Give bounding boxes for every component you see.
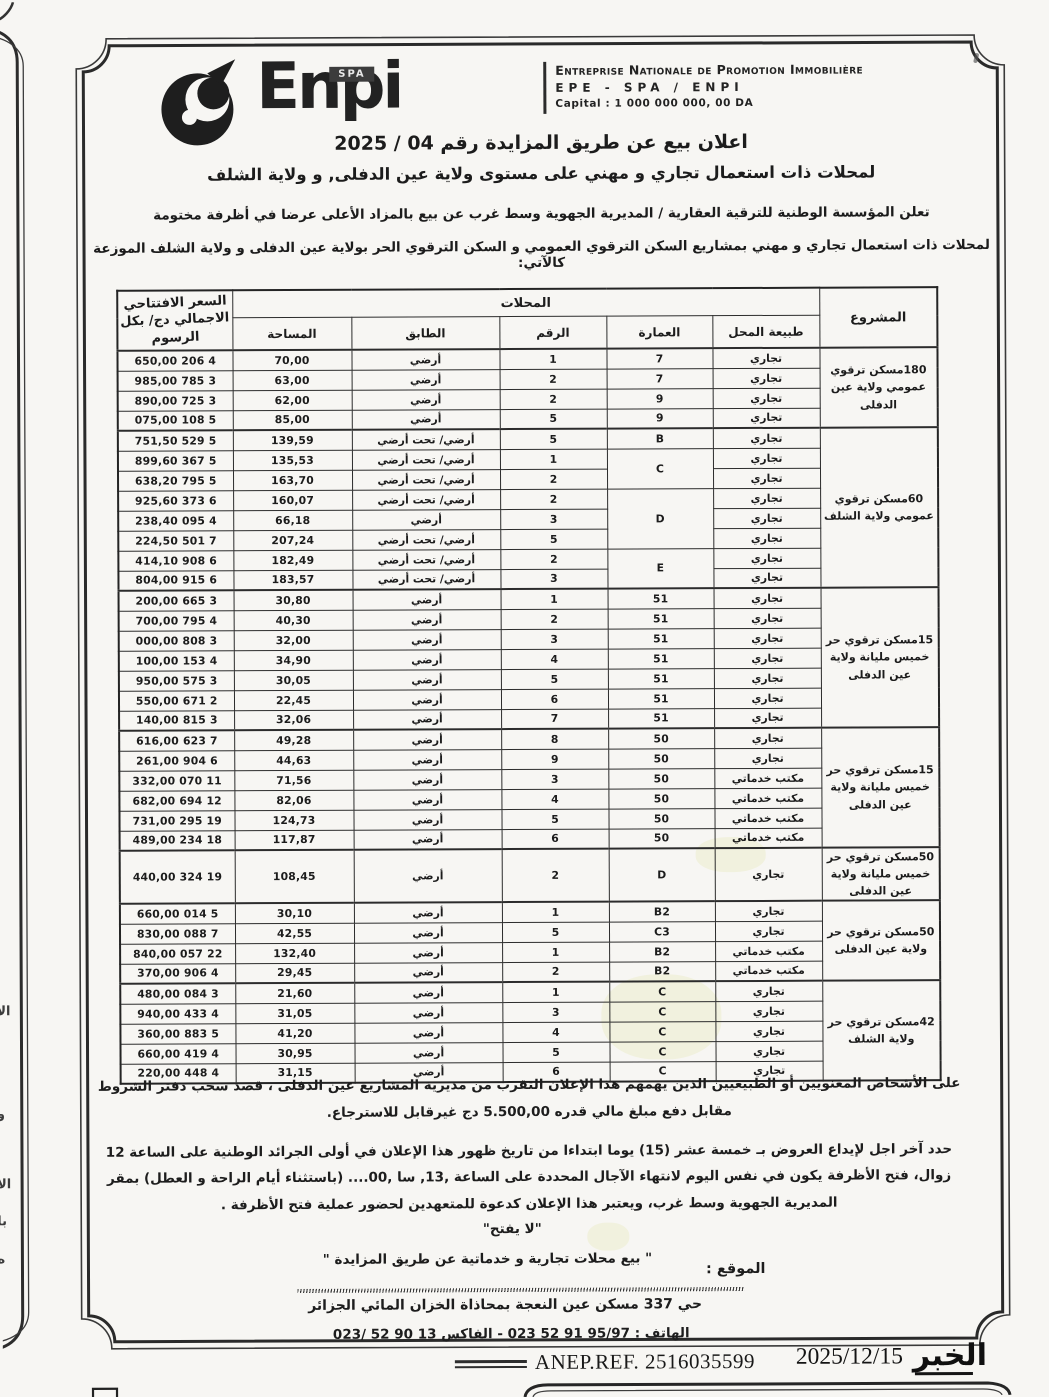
cell-price: 7 501 224,50: [118, 530, 233, 551]
cell-area: 31,05: [235, 1003, 354, 1024]
cell-number: 6: [501, 689, 608, 709]
edge-text-fragment: و: [0, 1107, 13, 1122]
cell-area: 41,20: [235, 1023, 354, 1044]
phone-fax-line: الهاتف : 023 52 91 95/97 - الفاكس 023/ 5…: [279, 1325, 744, 1343]
do-not-open-note: "لا يفتح": [82, 1219, 942, 1239]
cell-project: 50مسكن ترقوي حر خميس مليانة ولاية عين ال…: [822, 847, 940, 901]
cell-area: 117,87: [235, 830, 354, 851]
cell-building: C: [610, 1041, 716, 1061]
cell-building: B: [607, 428, 713, 448]
scanned-advert-page: Enpi SPA Entreprise Nationale de Promoti…: [0, 0, 1049, 1397]
cell-price: 19 324 440,00: [120, 850, 235, 904]
logo-spa-badge: SPA: [329, 67, 374, 82]
company-name: Entreprise Nationale de Promotion Immobi…: [555, 61, 863, 77]
cell-price: 4 095 238,40: [118, 510, 233, 531]
fax-label: - الفاكس: [441, 1326, 503, 1342]
cell-floor: أرضي/ تحت أرضي: [352, 429, 500, 450]
cell-area: 30,95: [235, 1043, 354, 1064]
col-header-nature: طبيعة المحل: [712, 315, 819, 348]
cell-area: 163,70: [233, 470, 352, 491]
cell-number: 2: [500, 549, 607, 569]
cell-building: C: [609, 1001, 715, 1021]
cell-nature: تجاري: [714, 628, 821, 648]
cell-number: 5: [501, 669, 608, 689]
cell-nature: تجاري: [714, 648, 821, 668]
intro-paragraph-2: لمحلات ذات استعمال تجاري و مهني بمشاريع …: [78, 237, 1005, 273]
cell-floor: أرضي: [354, 829, 502, 850]
cell-nature: تجاري: [713, 568, 820, 588]
bottom-rule: [455, 1360, 527, 1363]
cell-floor: أرضي: [353, 669, 501, 690]
col-header-floor: الطابق: [351, 317, 499, 350]
cell-project: 15مسكن ترقوي حر خميس مليانة ولاية عين ال…: [821, 587, 940, 728]
cell-building: C3: [609, 921, 715, 941]
cell-building: E: [607, 548, 713, 588]
cell-number: 2: [502, 962, 609, 982]
edge-text-fragment: الا: [0, 1177, 13, 1192]
address-line: حي 337 مسكن عين النعجة بمحاذاة الخزان ال…: [283, 1296, 728, 1314]
cell-price: 11 070 332,00: [119, 770, 234, 791]
cell-nature: تجاري: [714, 588, 821, 608]
cell-number: 3: [500, 569, 607, 589]
cell-price: 5 883 360,00: [120, 1023, 235, 1044]
cell-floor: أرضي/ تحت أرضي: [352, 489, 500, 510]
logo-wordmark: Enpi: [256, 57, 401, 118]
cell-number: 3: [501, 629, 608, 649]
cell-area: 40,30: [234, 610, 353, 631]
cell-price: 19 295 731,00: [119, 810, 234, 831]
topleft-frame-fragment: [0, 2, 13, 20]
cell-building: B2: [609, 901, 715, 921]
cell-price: 3 808 000,00: [119, 630, 234, 651]
auction-table-body: 180مسكن ترقوي عمومي ولاية عين الدفلىتجار…: [117, 347, 940, 1084]
cell-area: 30,10: [235, 903, 354, 924]
col-header-number: الرقم: [499, 316, 606, 349]
cell-floor: أرضي: [352, 369, 500, 390]
cell-nature: مكتب خدماتي: [714, 788, 821, 808]
cell-number: 5: [500, 429, 607, 449]
cell-area: 42,55: [235, 923, 354, 944]
cell-building: 7: [606, 348, 712, 368]
cell-nature: مكتب خدماتي: [715, 828, 822, 848]
cell-floor: أرضي: [354, 962, 502, 983]
cell-floor: أرضي: [352, 349, 500, 370]
cell-number: 4: [501, 649, 608, 669]
cell-floor: أرضي: [353, 689, 501, 710]
cell-number: 2: [500, 489, 607, 509]
bottom-frame-thin: [533, 1389, 1002, 1397]
cell-nature: تجاري: [713, 428, 820, 448]
cell-area: 108,45: [235, 850, 354, 904]
cell-area: 21,60: [235, 983, 354, 1004]
cell-nature: تجاري: [713, 508, 820, 528]
cell-nature: تجاري: [713, 528, 820, 548]
cell-floor: أرضي: [354, 809, 502, 830]
cell-nature: تجاري: [715, 848, 822, 902]
cell-nature: تجاري: [713, 468, 820, 488]
cell-area: 66,18: [233, 510, 352, 531]
publication-date: 2025/12/15: [796, 1343, 903, 1370]
cell-number: 4: [501, 789, 608, 809]
cell-project: 42مسكن ترقوي حر ولاية الشلف: [822, 980, 940, 1081]
cell-number: 2: [500, 469, 607, 489]
cell-floor: أرضي: [353, 749, 501, 770]
cell-nature: تجاري: [716, 1041, 823, 1061]
cell-number: 1: [500, 449, 607, 469]
cell-number: 5: [502, 809, 609, 829]
cell-number: 5: [500, 529, 607, 549]
cell-area: 44,63: [234, 750, 353, 771]
cell-nature: تجاري: [712, 348, 819, 368]
edge-text-fragment: ه: [0, 1252, 13, 1267]
cell-area: 34,90: [234, 650, 353, 671]
cell-price: 4 419 660,00: [120, 1043, 235, 1064]
auction-table-wrap: المشروع المحلات السعر الافتتاحي الاجمالي…: [116, 286, 941, 1085]
cell-nature: مكتب خدماتي: [715, 961, 822, 981]
cell-building: 7: [607, 368, 713, 388]
cell-nature: تجاري: [713, 408, 820, 428]
cell-number: 1: [502, 902, 609, 922]
cell-floor: أرضي: [353, 649, 501, 670]
cell-project: 60مسكن ترقوي عمومي ولاية الشلف: [820, 427, 939, 588]
cell-area: 183,57: [233, 570, 352, 591]
bottom-frame-thick: [525, 1383, 1010, 1397]
cell-area: 135,53: [233, 450, 352, 471]
cell-building: 50: [608, 768, 714, 788]
cell-area: 49,28: [234, 730, 353, 751]
cell-floor: أرضي: [353, 769, 501, 790]
cell-area: 32,00: [234, 630, 353, 651]
cell-building: 51: [608, 588, 714, 608]
cell-number: 6: [502, 829, 609, 849]
cell-floor: أرضي: [353, 789, 501, 810]
cell-building: 51: [608, 668, 714, 688]
cell-price: 3 815 140,00: [119, 710, 234, 731]
cell-nature: تجاري: [713, 448, 820, 468]
cell-number: 5: [503, 1042, 610, 1062]
edge-text-fragment: با: [0, 1214, 13, 1229]
cell-area: 132,40: [235, 943, 354, 964]
cell-price: 3 665 200,00: [119, 590, 234, 611]
company-capital: Capital : 1 000 000 000, 00 DA: [555, 96, 863, 109]
cell-floor: أرضي: [355, 1042, 503, 1063]
header-divider: [543, 62, 546, 114]
cell-nature: تجاري: [713, 368, 820, 388]
cell-nature: مكتب خدماتي: [715, 808, 822, 828]
cell-building: 51: [608, 628, 714, 648]
cell-floor: أرضي: [354, 1002, 502, 1023]
envelope-subject-note: " بيع محلات تجارية و خدماتية عن طريق الم…: [57, 1249, 917, 1269]
cell-price: 6 904 261,00: [119, 750, 234, 771]
cell-building: D: [609, 848, 715, 902]
cell-area: 30,80: [234, 590, 353, 611]
cell-building: 50: [608, 728, 714, 748]
cell-area: 139,59: [233, 430, 352, 451]
cell-building: B2: [609, 961, 715, 981]
cell-number: 2: [502, 849, 609, 903]
table-row: 50مسكن ترقوي حر خميس مليانة ولاية عين ال…: [120, 847, 940, 904]
cell-area: 70,00: [232, 350, 351, 371]
cell-nature: تجاري: [714, 748, 821, 768]
cell-area: 82,06: [234, 790, 353, 811]
cell-area: 30,05: [234, 670, 353, 691]
cell-price: 4 906 370,00: [120, 963, 235, 984]
cell-price: 4 795 700,00: [119, 610, 234, 631]
cell-price: 12 694 682,00: [119, 790, 234, 811]
cell-price: 3 725 890,00: [118, 390, 233, 411]
cell-nature: تجاري: [714, 728, 821, 748]
cell-building: 50: [608, 788, 714, 808]
cell-floor: أرضي/ تحت أرضي: [352, 529, 500, 550]
edge-text-fragment: الا: [0, 1004, 12, 1019]
cell-number: 9: [501, 749, 608, 769]
hatched-line: [298, 1287, 745, 1293]
cell-number: 4: [502, 1022, 609, 1042]
cell-nature: تجاري: [713, 488, 820, 508]
cell-price: 7 623 616,00: [119, 730, 234, 751]
cell-number: 5: [502, 922, 609, 942]
company-block: Entreprise Nationale de Promotion Immobi…: [555, 61, 863, 109]
cell-building: 9: [607, 408, 713, 428]
cell-nature: تجاري: [713, 388, 820, 408]
company-legal-form: EPE - SPA / ENPI: [555, 79, 863, 94]
cell-nature: تجاري: [714, 608, 821, 628]
cell-building: 50: [608, 748, 714, 768]
cell-price: 7 088 830,00: [120, 923, 235, 944]
cell-building: C: [609, 981, 715, 1001]
cell-nature: مكتب خدماتي: [715, 941, 822, 961]
cell-nature: تجاري: [715, 1021, 822, 1041]
conditions-paragraph: على الأشخاص المعنويين أو الطبيعيين الذين…: [97, 1070, 962, 1128]
cell-nature: تجاري: [714, 668, 821, 688]
cell-price: 5 529 751,50: [118, 430, 233, 451]
cell-price: 3 575 950,00: [119, 670, 234, 691]
cell-price: 3 785 985,00: [118, 370, 233, 391]
cell-number: 1: [499, 349, 606, 369]
cell-floor: أرضي: [353, 629, 501, 650]
fax-number: 023/ 52 90 13: [333, 1326, 437, 1342]
anep-reference: ANEP.REF. 2516035599: [535, 1349, 755, 1375]
cell-floor: أرضي: [353, 589, 501, 610]
left-neighbor-frame-thick: [0, 28, 23, 1350]
cell-floor: أرضي: [353, 609, 501, 630]
cell-floor: أرضي: [352, 389, 500, 410]
cell-floor: أرضي: [353, 729, 501, 750]
cell-price: 22 057 840,00: [120, 943, 235, 964]
cell-nature: مكتب خدماتي: [714, 768, 821, 788]
cell-building: 51: [608, 708, 714, 728]
cell-building: 51: [608, 688, 714, 708]
cell-price: 18 234 489,00: [120, 830, 235, 851]
col-header-area: المساحة: [232, 317, 351, 350]
cell-nature: تجاري: [715, 901, 822, 921]
cell-floor: أرضي: [354, 942, 502, 963]
col-header-building: العمارة: [606, 316, 712, 349]
phone-label: الهاتف :: [635, 1325, 690, 1341]
cell-price: 2 671 550,00: [119, 690, 234, 711]
cell-number: 7: [501, 709, 608, 729]
cell-nature: تجاري: [715, 981, 822, 1001]
cell-price: 4 206 650,00: [117, 350, 232, 371]
cell-area: 160,07: [233, 490, 352, 511]
col-header-project: المشروع: [819, 287, 937, 348]
cell-project: 180مسكن ترقوي عمومي ولاية عين الدفلى: [819, 347, 937, 428]
cell-floor: أرضي: [354, 849, 502, 903]
cell-project: 15مسكن ترقوي حر خميس مليانة ولاية عين ال…: [821, 727, 940, 848]
cell-area: 182,49: [233, 550, 352, 571]
cell-price: 5 367 899,60: [118, 450, 233, 471]
cell-floor: أرضي: [352, 509, 500, 530]
cell-floor: أرضي: [354, 1022, 502, 1043]
cell-number: 2: [501, 609, 608, 629]
cell-number: 2: [500, 369, 607, 389]
cell-project: 50مسكن ترقوي حر ولاية عين الدفلى: [822, 900, 940, 981]
bottom-rule: [455, 1366, 527, 1368]
cell-floor: أرضي/ تحت أرضي: [352, 449, 500, 470]
newspaper-logo: الخبر: [913, 1338, 987, 1373]
cell-area: 207,24: [233, 530, 352, 551]
cell-building: C: [609, 1021, 715, 1041]
price-header-line2: الاجمالي دج/ بكل الرسوم: [118, 310, 233, 350]
cell-area: 32,06: [234, 710, 353, 731]
col-header-premises-group: المحلات: [232, 288, 819, 318]
cell-area: 29,45: [235, 963, 354, 984]
cell-price: 5 108 075,00: [118, 410, 233, 431]
announcement-subtitle: لمحلات ذات استعمال تجاري و مهني على مستو…: [78, 162, 1005, 185]
cell-area: 22,45: [234, 690, 353, 711]
cell-area: 63,00: [233, 370, 352, 391]
cell-price: 3 084 480,00: [120, 983, 235, 1004]
cell-nature: تجاري: [714, 708, 821, 728]
cell-building: 50: [609, 808, 715, 828]
auction-table: المشروع المحلات السعر الافتتاحي الاجمالي…: [116, 286, 941, 1085]
cell-number: 1: [502, 982, 609, 1002]
cell-price: 4 433 940,00: [120, 1003, 235, 1024]
announcement-title: اعلان بيع عن طريق المزايدة رقم 04 / 2025: [78, 130, 1005, 156]
cell-number: 3: [500, 509, 607, 529]
cell-building: 9: [607, 388, 713, 408]
cell-number: 3: [501, 769, 608, 789]
cell-nature: تجاري: [715, 1001, 822, 1021]
cell-area: 124,73: [234, 810, 353, 831]
cell-floor: أرضي/ تحت أرضي: [352, 549, 500, 570]
cell-floor: أرضي: [354, 982, 502, 1003]
cell-area: 62,00: [233, 390, 352, 411]
cell-floor: أرضي: [354, 902, 502, 923]
newspaper-logo-underline: [915, 1372, 973, 1375]
phone-number: 023 52 91 95/97: [508, 1326, 630, 1343]
cell-number: 1: [501, 589, 608, 609]
bottomleft-box-fragment: [93, 1389, 117, 1397]
cell-area: 85,00: [233, 410, 352, 431]
intro-paragraph-1: تعلن المؤسسة الوطنية للترقية العقارية / …: [78, 204, 1005, 224]
cell-building: B2: [609, 941, 715, 961]
cell-nature: تجاري: [714, 688, 821, 708]
cell-price: 5 014 660,00: [120, 903, 235, 924]
cell-number: 8: [501, 729, 608, 749]
cell-price: 6 908 414,10: [118, 550, 233, 571]
cell-nature: تجاري: [715, 921, 822, 941]
cell-floor: أرضي: [354, 922, 502, 943]
cell-building: 51: [608, 608, 714, 628]
cell-building: D: [607, 488, 713, 548]
deadline-paragraph: حدد آخر اجل لإيداع العروض بـ خمسة عشر (1…: [90, 1136, 968, 1219]
cell-floor: أرضي/ تحت أرضي: [352, 569, 500, 590]
cell-floor: أرضي: [353, 709, 501, 730]
cell-number: 3: [502, 1002, 609, 1022]
cell-number: 5: [500, 409, 607, 429]
cell-floor: أرضي: [352, 409, 500, 430]
cell-building: C: [607, 448, 713, 488]
cell-price: 5 795 638,20: [118, 470, 233, 491]
cell-nature: تجاري: [713, 548, 820, 568]
cell-number: 2: [500, 389, 607, 409]
cell-building: 50: [609, 828, 715, 848]
cell-area: 71,56: [234, 770, 353, 791]
cell-building: 51: [608, 648, 714, 668]
cell-price: 4 153 100,00: [119, 650, 234, 671]
edge-text-fragment: ا: [0, 965, 12, 980]
cell-price: 6 915 804,00: [118, 570, 233, 591]
cell-number: 1: [502, 942, 609, 962]
left-neighbor-frame-thin: [0, 35, 29, 1343]
cell-price: 6 373 925,60: [118, 490, 233, 511]
location-label: الموقع :: [706, 1261, 766, 1277]
cell-floor: أرضي/ تحت أرضي: [352, 469, 500, 490]
col-header-price: السعر الافتتاحي الاجمالي دج/ بكل الرسوم: [117, 290, 232, 351]
scan-speck: [973, 53, 979, 64]
